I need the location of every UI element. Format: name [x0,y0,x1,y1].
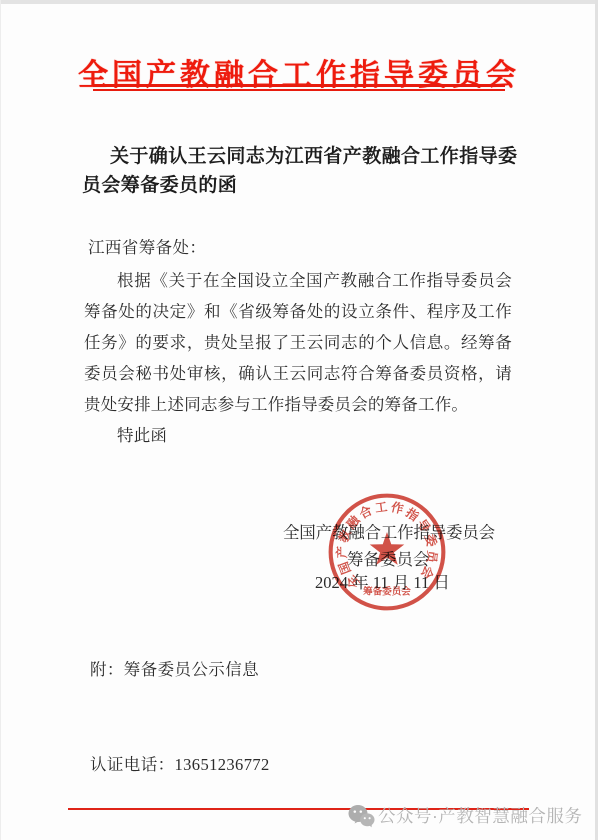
page-edge-left [0,0,1,840]
document-title-line1: 关于确认王云同志为江西省产教融合工作指导委 [82,142,532,171]
attachment-note: 附：筹备委员公示信息 [90,656,259,680]
document-title-line2: 员会筹备委员的函 [82,171,532,200]
phone-number: 13651236772 [175,755,270,774]
body-paragraph: 根据《关于在全国设立全国产教融合工作指导委员会筹备处的决定》和《省级筹备处的设立… [84,265,512,420]
letter-body: 根据《关于在全国设立全国产教融合工作指导委员会筹备处的决定》和《省级筹备处的设立… [84,265,512,451]
contact-phone-line: 认证电话：13651236772 [90,751,270,775]
seal-bottom-text: 筹备委员会 [363,586,411,598]
letterhead-rule-thin [93,89,505,91]
letterhead-org-title: 全国产教融合工作指导委员会 [0,50,598,94]
watermark: 公众号·产教智慧融合服务 [348,803,582,828]
letter-page: 全国产教融合工作指导委员会 关于确认王云同志为江西省产教融合工作指导委 员会筹备… [0,0,598,840]
watermark-text: 公众号·产教智慧融合服务 [378,803,582,828]
official-seal: 全国产教融合工作指导委员会 筹备委员会 [327,492,447,612]
salutation: 江西省筹备处： [88,234,206,258]
letterhead-rule-thick [93,84,505,87]
page-edge-top [0,0,598,4]
document-title: 关于确认王云同志为江西省产教融合工作指导委 员会筹备委员的函 [82,142,532,200]
closing-line: 特此函 [84,420,512,451]
wechat-icon [348,804,375,828]
phone-label: 认证电话： [90,755,175,774]
seal-star-icon [370,532,405,565]
